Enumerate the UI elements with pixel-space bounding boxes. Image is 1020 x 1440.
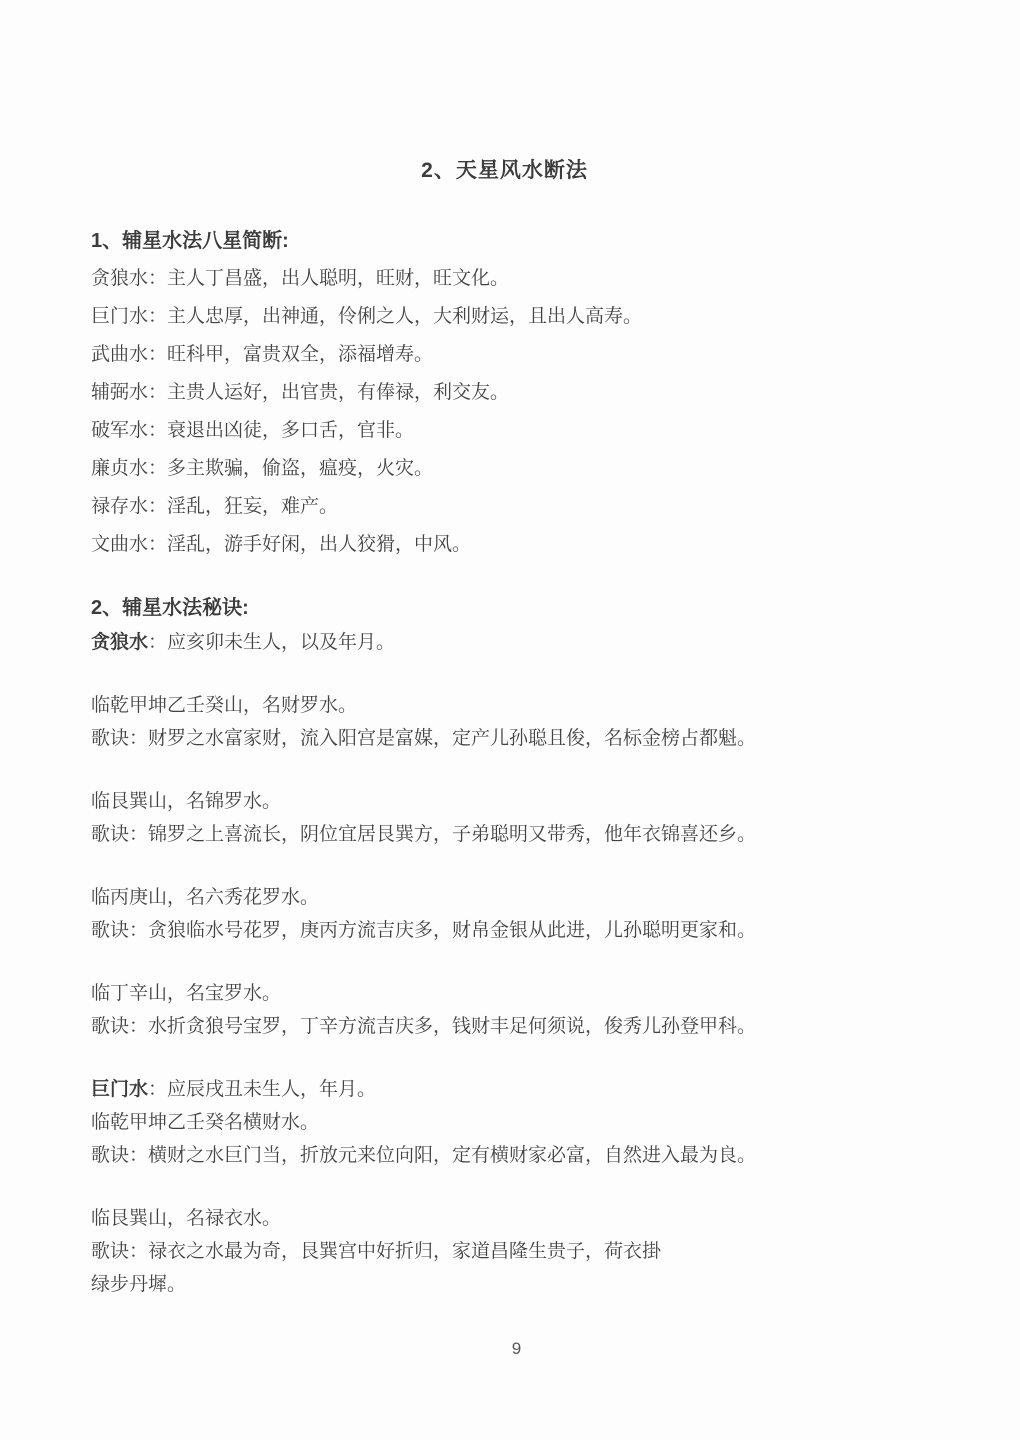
verse-block-jinluo: 临艮巽山，名锦罗水。 歌诀：锦罗之上喜流长，阴位宜居艮巽方，子弟聪明又带秀，他年…	[91, 785, 942, 851]
verse-line: 歌诀：锦罗之上喜流长，阴位宜居艮巽方，子弟聪明又带秀，他年衣锦喜还乡。	[91, 818, 942, 851]
document-title: 2、天星风水断法	[91, 158, 918, 184]
page-number: 9	[91, 1336, 942, 1362]
tanlang-label: 贪狼水	[91, 632, 148, 653]
star-item-wenqu: 文曲水：淫乱，游手好闲，出人狡猾，中风。	[91, 526, 942, 564]
star-item-fubi: 辅弼水：主贵人运好，出官贵，有俸禄，利交友。	[91, 374, 942, 412]
verse-line: 临丙庚山，名六秀花罗水。	[91, 881, 942, 914]
verse-line: 临乾甲坤乙壬癸名横财水。	[91, 1106, 942, 1139]
star-item-pojun: 破军水：衰退出凶徒，多口舌，官非。	[91, 412, 942, 450]
verse-line: 歌诀：水折贪狼号宝罗，丁辛方流吉庆多，钱财丰足何须说，俊秀儿孙登甲科。	[91, 1010, 942, 1043]
verse-line: 绿步丹墀。	[91, 1268, 942, 1301]
verse-block-liuxiu-hualuo: 临丙庚山，名六秀花罗水。 歌诀：贪狼临水号花罗，庚丙方流吉庆多，财帛金银从此进，…	[91, 881, 942, 947]
jumen-text: ：应辰戌丑未生人，年月。	[148, 1079, 376, 1100]
star-item-wuqu: 武曲水：旺科甲，富贵双全，添福增寿。	[91, 336, 942, 374]
section-2-heading: 2、辅星水法秘诀:	[91, 590, 942, 626]
tanlang-intro: 贪狼水：应亥卯未生人，以及年月。	[91, 626, 942, 659]
star-item-lucun: 禄存水：淫乱，狂妄，难产。	[91, 488, 942, 526]
jumen-label: 巨门水	[91, 1079, 148, 1100]
verse-line: 临乾甲坤乙壬癸山，名财罗水。	[91, 689, 942, 722]
verse-line: 歌诀：禄衣之水最为奇，艮巽宫中好折归，家道昌隆生贵子，荷衣掛	[91, 1235, 942, 1268]
verse-line: 临艮巽山，名禄衣水。	[91, 1202, 942, 1235]
verse-line: 歌诀：财罗之水富家财，流入阳宫是富媒，定产儿孙聪且俊，名标金榜占都魁。	[91, 722, 942, 755]
eight-star-list: 贪狼水：主人丁昌盛，出人聪明，旺财，旺文化。 巨门水：主人忠厚，出神通，伶俐之人…	[91, 260, 942, 564]
section-1-heading: 1、辅星水法八星简断:	[91, 222, 942, 260]
verse-line: 临艮巽山，名锦罗水。	[91, 785, 942, 818]
verse-block-luyi: 临艮巽山，名禄衣水。 歌诀：禄衣之水最为奇，艮巽宫中好折归，家道昌隆生贵子，荷衣…	[91, 1202, 942, 1301]
tanlang-text: ：应亥卯未生人，以及年月。	[148, 632, 395, 653]
verse-line: 歌诀：横财之水巨门当，折放元来位向阳，定有横财家必富，自然进入最为良。	[91, 1139, 942, 1172]
star-item-jumen: 巨门水：主人忠厚，出神通，伶俐之人，大利财运，且出人高寿。	[91, 298, 942, 336]
verse-block-jumen: 巨门水：应辰戌丑未生人，年月。 临乾甲坤乙壬癸名横财水。 歌诀：横财之水巨门当，…	[91, 1073, 942, 1172]
verse-line: 歌诀：贪狼临水号花罗，庚丙方流吉庆多，财帛金银从此进，儿孙聪明更家和。	[91, 914, 942, 947]
star-item-lianzhen: 廉贞水：多主欺骗，偷盗，瘟疫，火灾。	[91, 450, 942, 488]
document-page: 2、天星风水断法 1、辅星水法八星简断: 贪狼水：主人丁昌盛，出人聪明，旺财，旺…	[0, 0, 1020, 1440]
document-content: 2、天星风水断法 1、辅星水法八星简断: 贪狼水：主人丁昌盛，出人聪明，旺财，旺…	[0, 0, 1020, 1362]
verse-block-cailuo: 临乾甲坤乙壬癸山，名财罗水。 歌诀：财罗之水富家财，流入阳宫是富媒，定产儿孙聪且…	[91, 689, 942, 755]
verse-line: 临丁辛山，名宝罗水。	[91, 977, 942, 1010]
jumen-intro: 巨门水：应辰戌丑未生人，年月。	[91, 1073, 942, 1106]
verse-block-baoluo: 临丁辛山，名宝罗水。 歌诀：水折贪狼号宝罗，丁辛方流吉庆多，钱财丰足何须说，俊秀…	[91, 977, 942, 1043]
star-item-tanlang: 贪狼水：主人丁昌盛，出人聪明，旺财，旺文化。	[91, 260, 942, 298]
